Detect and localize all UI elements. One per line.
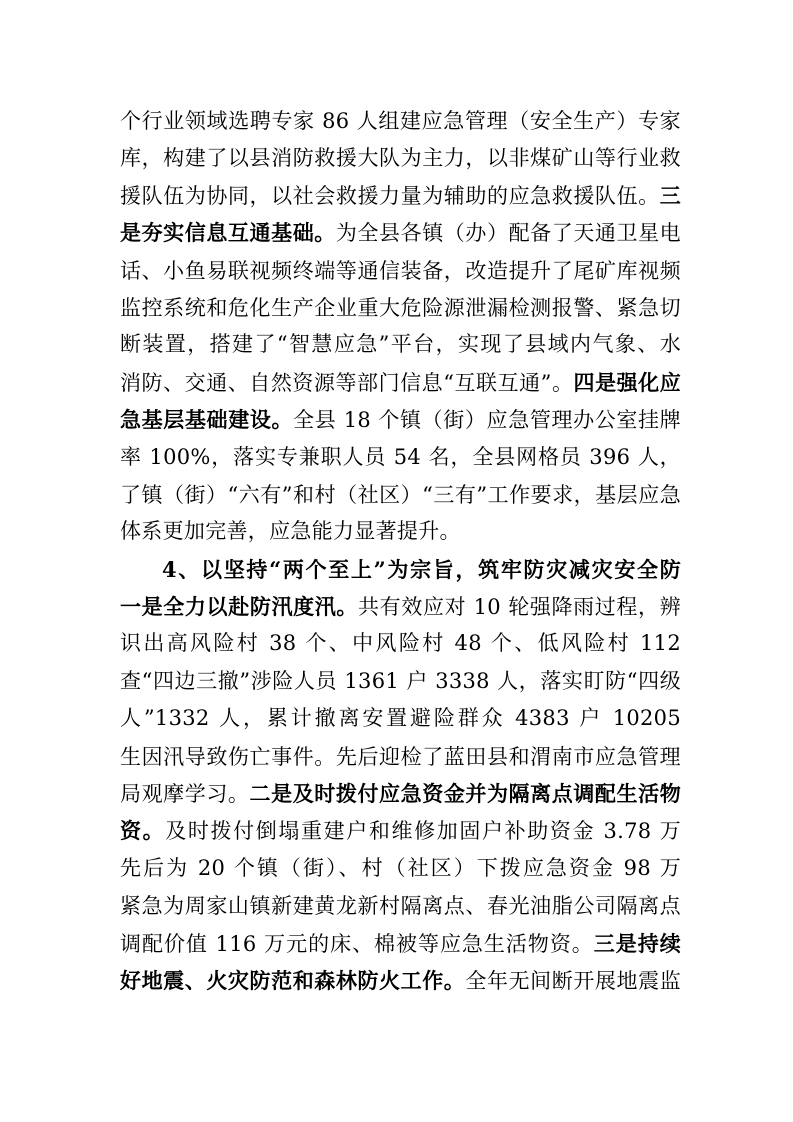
line-text: 消防、交通、自然资源等部门信息“互联互通”。	[120, 371, 574, 395]
line-text: 率 100%，落实专兼职人员 54 名，全县网格员 396 人，实现	[120, 445, 681, 476]
text-line: 人”1332 人，累计撤离安置避险群众 4383 户 10205 人，未发	[120, 700, 681, 737]
text-line: 调配价值 116 万元的床、棉被等应急生活物资。三是持续做	[120, 925, 681, 962]
text-line: 紧急为周家山镇新建黄龙新村隔离点、春光油脂公司隔离点	[120, 887, 681, 924]
line-text: 全县 18 个镇（街）应急管理办公室挂牌	[293, 408, 681, 432]
line-text-bold: 急基层基础建设。	[120, 407, 293, 432]
line-text: 话、小鱼易联视频终端等通信装备，改造提升了尾矿库视频	[120, 259, 681, 283]
text-line: 库，构建了以县消防救援大队为主力，以非煤矿山等行业救	[120, 139, 681, 176]
line-text: 先后为 20 个镇（街）、村（社区）下拨应急资金 98 万元，	[120, 856, 681, 887]
text-line: 了镇（街）“六有”和村（社区）“三有”工作要求，基层应急	[120, 476, 681, 513]
line-text: 个行业领域选聘专家 86 人组建应急管理（安全生产）专家	[120, 109, 681, 133]
line-text: 监控系统和危化生产企业重大危险源泄漏检测报警、紧急切	[120, 296, 681, 320]
text-line-paragraph-start: 4、以坚持“两个至上”为宗旨，筑牢防灾减灾安全防线。	[120, 551, 681, 588]
line-text: 全年无间断开展地震监	[465, 969, 681, 993]
text-line: 消防、交通、自然资源等部门信息“互联互通”。四是强化应	[120, 364, 681, 401]
line-text: 体系更加完善，应急能力显著提升。	[120, 519, 461, 543]
line-text: 库，构建了以县消防救援大队为主力，以非煤矿山等行业救	[120, 146, 681, 170]
line-text: 识出高风险村 38 个、中风险村 48 个、低风险村 112 个，排	[120, 631, 681, 662]
line-text-bold: 资。	[120, 818, 165, 843]
document-page: 个行业领域选聘专家 86 人组建应急管理（安全生产）专家 库，构建了以县消防救援…	[0, 0, 793, 1122]
line-text: 了镇（街）“六有”和村（社区）“三有”工作要求，基层应急	[120, 483, 681, 507]
text-line: 监控系统和危化生产企业重大危险源泄漏检测报警、紧急切	[120, 289, 681, 326]
text-line: 个行业领域选聘专家 86 人组建应急管理（安全生产）专家	[120, 102, 681, 139]
line-text-bold: 4、以坚持“两个至上”为宗旨，筑牢防灾减灾安全防线。	[120, 557, 681, 588]
line-text: 共有效应对 10 轮强降雨过程，辨	[358, 595, 681, 619]
text-line: 查“四边三撤”涉险人员 1361 户 3338 人，落实盯防“四级责任	[120, 663, 681, 700]
text-line: 率 100%，落实专兼职人员 54 名，全县网格员 396 人，实现	[120, 439, 681, 476]
line-text: 局观摩学习。	[120, 782, 250, 806]
line-text: 紧急为周家山镇新建黄龙新村隔离点、春光油脂公司隔离点	[120, 894, 681, 918]
line-text-bold: 是夯实信息互通基础。	[120, 220, 336, 245]
text-line: 话、小鱼易联视频终端等通信装备，改造提升了尾矿库视频	[120, 252, 681, 289]
line-text-bold: 好地震、火灾防范和森林防火工作。	[120, 968, 465, 993]
line-text-bold: 四是强化应	[574, 370, 681, 395]
line-text: 生因汛导致伤亡事件。先后迎检了蓝田县和渭南市应急管理	[120, 745, 681, 769]
page-content: 个行业领域选聘专家 86 人组建应急管理（安全生产）专家 库，构建了以县消防救援…	[120, 102, 681, 999]
text-line: 一是全力以赴防汛度汛。共有效应对 10 轮强降雨过程，辨	[120, 588, 681, 625]
text-line: 局观摩学习。二是及时拨付应急资金并为隔离点调配生活物	[120, 775, 681, 812]
line-text: 援队伍为协同，以社会救援力量为辅助的应急救援队伍。	[120, 184, 660, 208]
text-line: 断装置，搭建了“智慧应急”平台，实现了县域内气象、水利、	[120, 326, 681, 363]
text-line: 资。及时拨付倒塌重建户和维修加固户补助资金 3.78 万元，	[120, 812, 681, 849]
line-text: 断装置，搭建了“智慧应急”平台，实现了县域内气象、水利、	[120, 332, 681, 363]
text-line: 好地震、火灾防范和森林防火工作。全年无间断开展地震监	[120, 962, 681, 999]
text-line: 急基层基础建设。全县 18 个镇（街）应急管理办公室挂牌	[120, 401, 681, 438]
line-text: 为全县各镇（办）配备了天通卫星电	[336, 221, 681, 245]
line-text: 调配价值 116 万元的床、棉被等应急生活物资。	[120, 932, 594, 956]
text-line: 识出高风险村 38 个、中风险村 48 个、低风险村 112 个，排	[120, 625, 681, 662]
text-line: 是夯实信息互通基础。为全县各镇（办）配备了天通卫星电	[120, 214, 681, 251]
text-line: 生因汛导致伤亡事件。先后迎检了蓝田县和渭南市应急管理	[120, 738, 681, 775]
text-line: 先后为 20 个镇（街）、村（社区）下拨应急资金 98 万元，	[120, 850, 681, 887]
line-text: 查“四边三撤”涉险人员 1361 户 3338 人，落实盯防“四级责任	[120, 669, 681, 700]
line-text-bold: 三	[660, 183, 681, 208]
line-text: 人”1332 人，累计撤离安置避险群众 4383 户 10205 人，未发	[120, 706, 681, 737]
text-line: 援队伍为协同，以社会救援力量为辅助的应急救援队伍。三	[120, 177, 681, 214]
text-line-paragraph-end: 体系更加完善，应急能力显著提升。	[120, 513, 681, 550]
line-text: 及时拨付倒塌重建户和维修加固户补助资金 3.78 万元，	[120, 819, 681, 849]
line-text-bold: 二是及时拨付应急资金并为隔离点调配生活物	[250, 781, 681, 806]
line-text-bold: 一是全力以赴防汛度汛。	[120, 594, 358, 619]
